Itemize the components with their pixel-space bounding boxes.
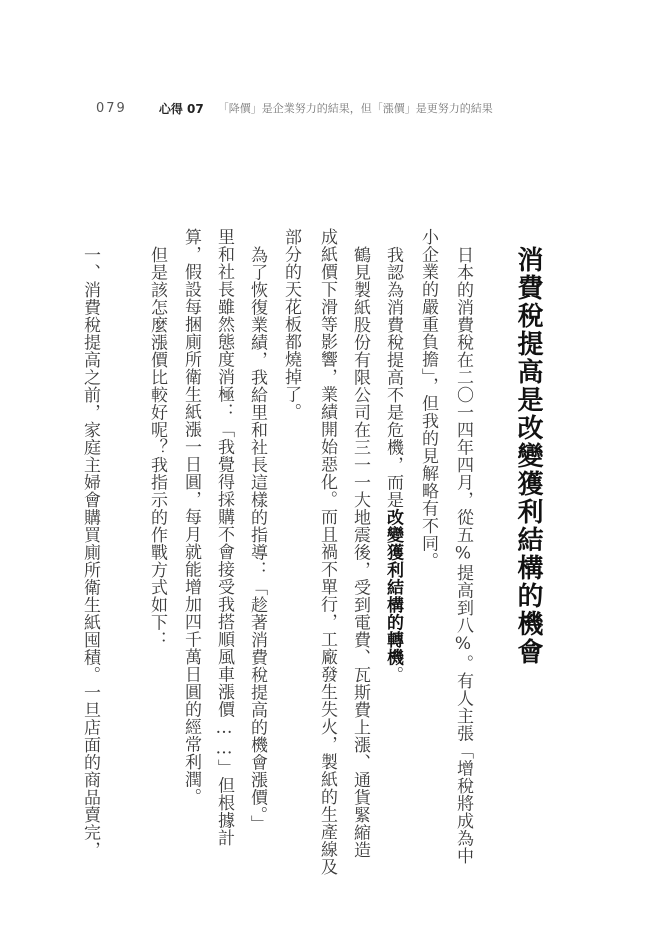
paragraph-line: 我認為消費稅提高不是危機，而是改變獲利結構的轉機。 <box>382 246 404 684</box>
section-title: 消費稅提高是改變獲利結構的機會 <box>510 246 546 666</box>
paragraph-line: 里和社長雖然態度消極：「我覺得採購不會接受我搭順風車漲價……」但根據計 <box>213 228 235 847</box>
line-text: 我認為消費稅提高不是危機，而是 <box>383 246 403 509</box>
chapter-label: 心得 07 <box>159 100 204 117</box>
paragraph-line: 一、消費稅提高之前，家庭主婦會購買廁所衛生紙囤積。一旦店面的商品賣完， <box>79 246 101 859</box>
page-number: 079 <box>96 101 127 116</box>
running-title: 「降價」是企業努力的結果，但「漲價」是更努力的結果 <box>218 100 493 116</box>
paragraph-line: 鶴見製紙股份有限公司在三一一大地震後，受到電費、瓦斯費上漲、通貨緊縮造 <box>349 246 371 859</box>
paragraph-line: 小企業的嚴重負擔」，但我的見解略有不同。 <box>417 228 439 570</box>
paragraph-line: 算，假設每捆廁所衛生紙漲一日圓，每月就能增加四千萬日圓的經常利潤。 <box>180 228 202 806</box>
paragraph-line: 部分的天花板都燒掉了。 <box>280 228 302 421</box>
paragraph-line: 但是該怎麼漲價比較好呢？我指示的作戰方式如下： <box>146 246 168 649</box>
emphasis-text: 改變獲利結構的轉機 <box>383 509 403 667</box>
paragraph-line: 日本的消費稅在二〇一四年四月，從五%提高到八%。有人主張「增稅將成為中 <box>452 246 474 865</box>
running-header: 079 心得 07 「降價」是企業努力的結果，但「漲價」是更努力的結果 <box>96 98 493 118</box>
paragraph-line: 為了恢復業績，我給里和社長這樣的指導：「趁著消費稅提高的機會漲價。」 <box>246 246 268 833</box>
paragraph-line: 成紙價下滑等影響，業績開始惡化。而且禍不單行，工廠發生失火，製紙的生產線及 <box>316 228 338 876</box>
line-text: 。 <box>383 666 403 684</box>
